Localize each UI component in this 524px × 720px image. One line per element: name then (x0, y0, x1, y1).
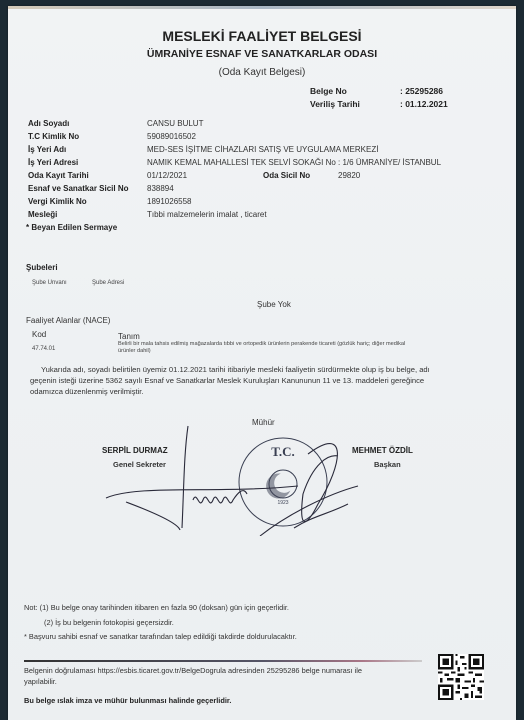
seal-text: T.C. (271, 444, 295, 459)
branches-col-address: Şube Adresi (92, 280, 124, 286)
belge-no-label: Belge No (310, 86, 347, 96)
field-label-oda-kayit-tarihi: Oda Kayıt Tarihi (28, 171, 89, 180)
field-label-isyeri-adresi: İş Yeri Adresi (28, 158, 78, 167)
certificate-page: MESLEKİ FAALİYET BELGESİ ÜMRANİYE ESNAF … (8, 6, 516, 720)
footer-divider (24, 660, 422, 662)
field-value-vergi-kimlik: 1891026558 (147, 197, 192, 206)
document-title: MESLEKİ FAALİYET BELGESİ (8, 28, 516, 44)
field-value-oda-kayit-tarihi: 01/12/2021 (147, 171, 187, 180)
field-label-tc-kimlik: T.C Kimlik No (28, 132, 79, 141)
nace-col-desc: Tanım (118, 332, 140, 341)
seal-and-signatures-icon: T.C. 1923 (98, 424, 378, 536)
branches-empty: Şube Yok (257, 300, 291, 309)
nace-col-code: Kod (32, 330, 46, 339)
field-label-sermaye: * Beyan Edilen Sermaye (26, 223, 117, 232)
field-value-isyeri-adresi: NAMIK KEMAL MAHALLESİ TEK SELVİ SOKAĞI N… (147, 158, 441, 167)
right-signatory-role: Başkan (374, 460, 401, 469)
oda-sicil-label: Oda Sicil No (263, 171, 310, 180)
verilis-tarihi-value: : 01.12.2021 (400, 99, 448, 109)
field-label-adi-soyadi: Adı Soyadı (28, 119, 69, 128)
statement-line-3: odamızca düzenlenmiş verilmiştir. (30, 387, 144, 396)
field-value-adi-soyadi: CANSU BULUT (147, 119, 203, 128)
oda-sicil-value: 29820 (338, 171, 360, 180)
note-2: (2) İş bu belgenin fotokopisi geçersizdi… (44, 618, 174, 627)
branches-title: Şubeleri (26, 263, 58, 272)
nace-row-desc-2: ürünler dahil) (118, 348, 151, 354)
field-label-sicil-no: Esnaf ve Sanatkar Sicil No (28, 184, 129, 193)
validity-text: Bu belge ıslak imza ve mühür bulunması h… (24, 696, 231, 705)
scan-edge (8, 6, 516, 9)
nace-title: Faaliyet Alanlar (NACE) (26, 316, 110, 325)
statement-line-1: Yukarıda adı, soyadı belirtilen üyemiz 0… (41, 365, 430, 374)
field-label-isyeri-adi: İş Yeri Adı (28, 145, 66, 154)
seal-year: 1923 (277, 500, 288, 506)
belge-no-value: : 25295286 (400, 86, 443, 96)
organization-name: ÜMRANİYE ESNAF VE SANATKARLAR ODASI (8, 48, 516, 60)
field-value-sicil-no: 838894 (147, 184, 174, 193)
note-3: * Başvuru sahibi esnaf ve sanatkar taraf… (24, 632, 297, 641)
document-subtitle: (Oda Kayıt Belgesi) (8, 67, 516, 78)
verify-text-line-2: yapılabilir. (24, 677, 57, 686)
nace-row-code: 47.74.01 (32, 346, 55, 352)
note-1: Not: (1) Bu belge onay tarihinden itibar… (24, 603, 289, 612)
verilis-tarihi-label: Veriliş Tarihi (310, 99, 360, 109)
field-value-isyeri-adi: MED-SES İŞİTME CİHAZLARI SATIŞ VE UYGULA… (147, 145, 378, 154)
statement-line-2: geçenin isteği üzerine 5362 sayılı Esnaf… (30, 376, 424, 385)
field-value-tc-kimlik: 59089016502 (147, 132, 196, 141)
branches-col-name: Şube Unvanı (32, 280, 67, 286)
field-value-meslegi: Tıbbi malzemelerin imalat , ticaret (147, 210, 267, 219)
qr-code-icon (438, 654, 484, 700)
field-label-vergi-kimlik: Vergi Kimlik No (28, 197, 87, 206)
field-label-meslegi: Mesleği (28, 210, 57, 219)
verify-text-line-1: Belgenin doğrulaması https://esbis.ticar… (24, 666, 362, 675)
nace-row-desc-1: Belirli bir mala tahsis edilmiş mağazala… (118, 341, 405, 347)
